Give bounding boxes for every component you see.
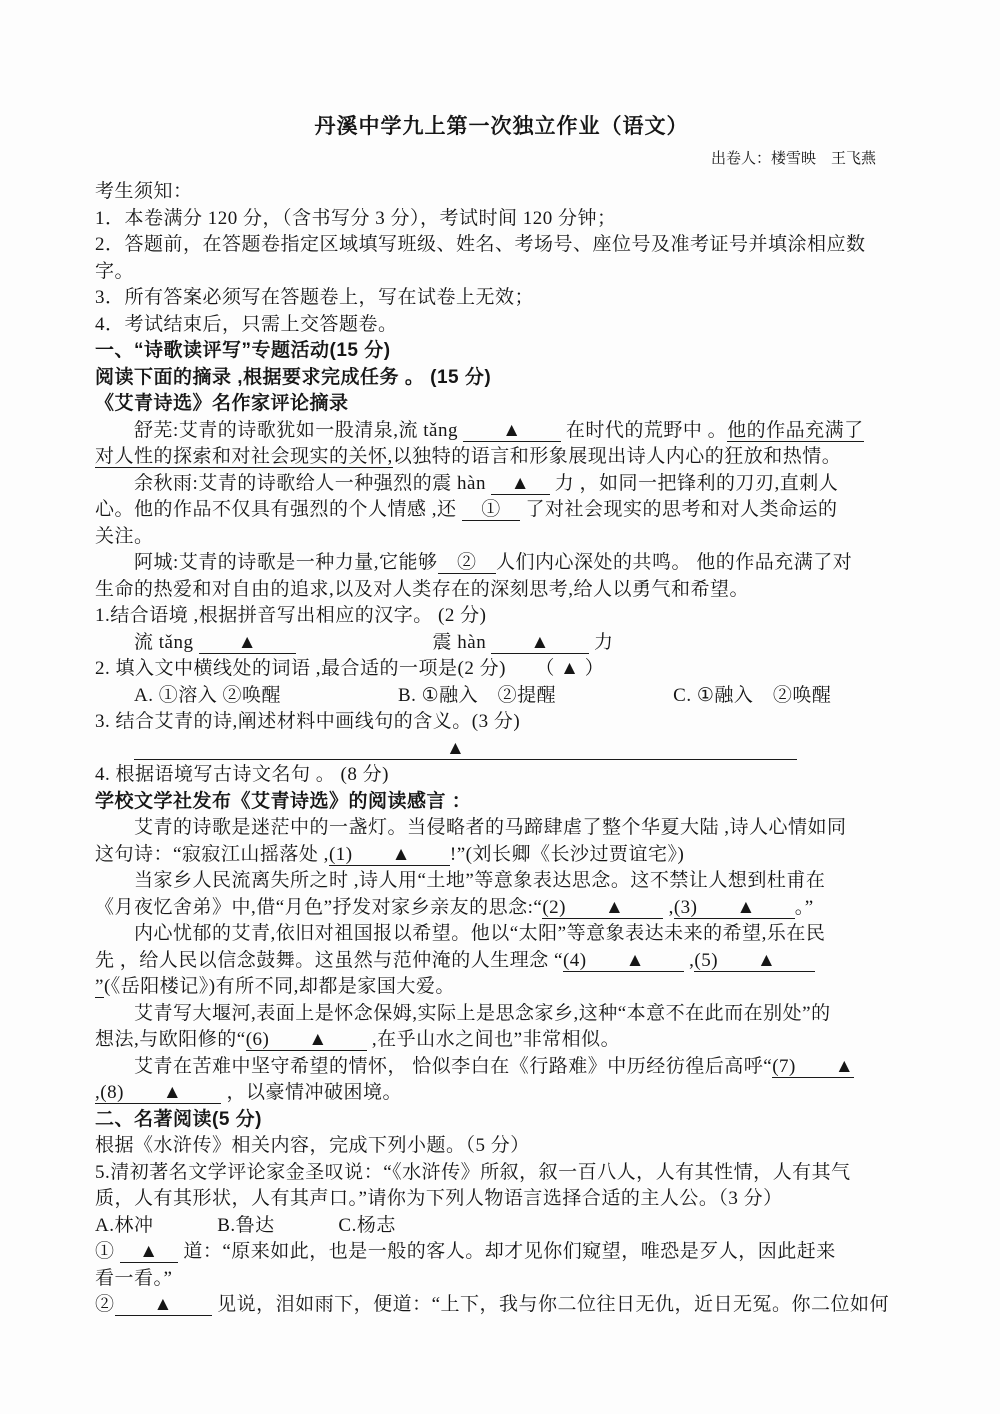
- blank-answer-mark: ,(8) ▲: [95, 1082, 221, 1104]
- text-segment: 1．本卷满分 120 分，（含书写分 3 分），考试时间 120 分钟；: [95, 208, 617, 229]
- text-segment: 余秋雨:艾青的诗歌给人一种强烈的震 hàn: [95, 473, 491, 494]
- text-segment: 4. 根据语境写古诗文名句 。 (8 分): [95, 764, 389, 785]
- text-segment: 2．答题前，在答题卷指定区域填写班级、姓名、考场号、座位号及准考证号并填涂相应数: [95, 234, 866, 255]
- blank-answer-mark: (3) ▲: [674, 897, 795, 919]
- text-segment: 阿城:艾青的诗歌是一种力量,它能够: [95, 552, 438, 573]
- blank-answer-mark: ▲: [134, 738, 797, 760]
- blank-answer-mark: ▲: [115, 1294, 212, 1316]
- text-segment: 3．所有答案必须写在答题卷上，写在试卷上无效；: [95, 287, 534, 308]
- text-segment: 学校文学社发布《艾青诗选》的阅读感言 ：: [95, 791, 471, 812]
- text-segment: 质，人有其形状，人有其声口。”请你为下列人物语言选择合适的主人公。（3 分）: [95, 1188, 783, 1209]
- note-para-5-1: 艾青在苦难中坚守希望的情怀， 恰似李白在《行路难》中历经彷徨后高呼“(7) ▲: [95, 1054, 908, 1081]
- text-segment: 力 ，如同一把锋利的刀刃,直刺人: [550, 473, 839, 494]
- text-segment: 。”: [795, 897, 814, 918]
- question-1-blanks: 流 tǎng ▲ 震 hàn ▲ 力: [95, 630, 908, 657]
- blank-answer-mark: (6) ▲: [246, 1029, 367, 1051]
- text-segment: 阅读下面的摘录 ,根据要求完成任务 。 (15 分): [95, 367, 491, 388]
- underlined-text: 对人性的探索和对社会现实的关怀,: [95, 446, 393, 468]
- text-segment: 流 tǎng: [95, 632, 199, 653]
- text-segment: 生命的热爱和对自由的追求,以及对人类存在的深刻思考,给人以勇气和希望。: [95, 579, 749, 600]
- notice-item-2-cont: 字。: [95, 259, 908, 286]
- text-segment: [95, 738, 134, 759]
- text-segment: 想法,与欧阳修的“: [95, 1029, 246, 1050]
- question-5-item1-1: ① ▲ 道：“原来如此，也是一般的客人。却才见你们窥望，唯恐是歹人，因此赶来: [95, 1239, 908, 1266]
- text-segment: 道：“原来如此，也是一般的客人。却才见你们窥望，唯恐是歹人，因此赶来: [178, 1241, 836, 1262]
- question-3-answer-line: ▲: [95, 736, 908, 763]
- text-segment: 人们内心深处的共鸣。 他的作品充满了对: [496, 552, 852, 573]
- excerpt-heading: 《艾青诗选》名作家评论摘录: [95, 391, 908, 418]
- blank-answer-mark: ▲: [199, 632, 296, 654]
- text-segment: A. ①溶入 ②唤醒 B. ①融入 ②提醒 C. ①融入 ②唤醒: [95, 685, 831, 706]
- text-segment: A.林冲 B.鲁达 C.杨志: [95, 1215, 396, 1236]
- text-segment: 二、名著阅读(5 分): [95, 1109, 262, 1130]
- text-segment: 以独特的语言和形象展现出诗人内心的狂放和热情。: [393, 446, 842, 467]
- blank-answer-mark: ▲: [491, 632, 588, 654]
- question-2: 2. 填入文中横线处的词语 ,最合适的一项是(2 分) （ ▲ ）: [95, 656, 908, 683]
- text-segment: 看一看。”: [95, 1268, 172, 1289]
- blank-answer-mark: ▲: [463, 420, 560, 442]
- page-title: 丹溪中学九上第一次独立作业（语文）: [95, 112, 908, 142]
- text-segment: 力: [589, 632, 614, 653]
- text-segment: 2. 填入文中横线处的词语 ,最合适的一项是(2 分) （ ▲ ）: [95, 658, 604, 679]
- text-segment: ,在乎山水之间也”非常相似。: [367, 1029, 620, 1050]
- underlined-text: ”: [95, 976, 104, 998]
- note-para-3-1: 内心忧郁的艾青,依旧对祖国报以希望。他以“太阳”等意象表达未来的希望,乐在民: [95, 921, 908, 948]
- blank-answer-mark: ▲: [491, 473, 549, 495]
- text-segment: 心。他的作品不仅具有强烈的个人情感 ,还: [95, 499, 462, 520]
- note-para-2-1: 当家乡人民流离失所之时 ,诗人用“土地”等意象表达思念。这不禁让人想到杜甫在: [95, 868, 908, 895]
- text-segment: 内心忧郁的艾青,依旧对祖国报以希望。他以“太阳”等意象表达未来的希望,乐在民: [95, 923, 825, 944]
- question-2-options: A. ①溶入 ②唤醒 B. ①融入 ②提醒 C. ①融入 ②唤醒: [95, 683, 908, 710]
- text-segment: 5.清初著名文学评论家金圣叹说：“《水浒传》所叙，叙一百八人，人有其性情，人有其…: [95, 1162, 851, 1183]
- document-body: 考生须知：1．本卷满分 120 分，（含书写分 3 分），考试时间 120 分钟…: [95, 179, 908, 1319]
- note-para-1-1: 艾青的诗歌是迷茫中的一盏灯。当侵略者的马蹄肆虐了整个华夏大陆 ,诗人心情如同: [95, 815, 908, 842]
- note-para-3-2: 先 ，给人民以信念鼓舞。这虽然与范仲淹的人生理念 “(4) ▲ ,(5) ▲: [95, 948, 908, 975]
- question-5-2: 质，人有其形状，人有其声口。”请你为下列人物语言选择合适的主人公。（3 分）: [95, 1186, 908, 1213]
- underlined-text: 他的作品充满了: [727, 420, 864, 442]
- text-segment: 舒芜:艾青的诗歌犹如一股清泉,流 tǎng: [95, 420, 463, 441]
- text-segment: ②: [95, 1294, 115, 1315]
- blank-answer-mark: (4) ▲: [563, 950, 684, 972]
- text-segment: 当家乡人民流离失所之时 ,诗人用“土地”等意象表达思念。这不禁让人想到杜甫在: [95, 870, 825, 891]
- notice-item-1: 1．本卷满分 120 分，（含书写分 3 分），考试时间 120 分钟；: [95, 206, 908, 233]
- text-segment: 艾青的诗歌是迷茫中的一盏灯。当侵略者的马蹄肆虐了整个华夏大陆 ,诗人心情如同: [95, 817, 847, 838]
- question-5-item1-2: 看一看。”: [95, 1266, 908, 1293]
- text-segment: 字。: [95, 261, 134, 282]
- note-para-5-2: ,(8) ▲ ，以豪情冲破困境。: [95, 1080, 908, 1107]
- note-para-3-3: ”(《岳阳楼记》)有所不同,却都是家国大爱。: [95, 974, 908, 1001]
- section-2-heading: 二、名著阅读(5 分): [95, 1107, 908, 1134]
- note-para-2-2: 《月夜忆舍弟》中,借“月色”抒发对家乡亲友的思念:“(2) ▲ ,(3) ▲ 。…: [95, 895, 908, 922]
- text-segment: 关注。: [95, 526, 154, 547]
- notice-item-4: 4．考试结束后，只需上交答题卷。: [95, 312, 908, 339]
- underlined-text: ②: [438, 552, 497, 574]
- text-segment: 考生须知：: [95, 181, 193, 202]
- note-para-4-1: 艾青写大堰河,表面上是怀念保姆,实际上是思念家乡,这种“本意不在此而在别处”的: [95, 1001, 908, 1028]
- text-segment: ，以豪情冲破困境。: [221, 1082, 402, 1103]
- excerpt-shuwu-2: 对人性的探索和对社会现实的关怀,以独特的语言和形象展现出诗人内心的狂放和热情。: [95, 444, 908, 471]
- question-1: 1.结合语境 ,根据拼音写出相应的汉字。 (2 分): [95, 603, 908, 630]
- exam-setter: 出卷人：楼雪映 王飞燕: [95, 148, 908, 170]
- text-segment: 震 hàn: [296, 632, 491, 653]
- excerpt-yuqiuyu-1: 余秋雨:艾青的诗歌给人一种强烈的震 hàn ▲ 力 ，如同一把锋利的刀刃,直刺人: [95, 471, 908, 498]
- blank-answer-mark: (5) ▲: [694, 950, 815, 972]
- text-segment: 见说，泪如雨下，便道：“上下，我与你二位往日无仇，近日无冤。你二位如何: [212, 1294, 889, 1315]
- excerpt-yuqiuyu-2: 心。他的作品不仅具有强烈的个人情感 ,还 ① 了对社会现实的思考和对人类命运的: [95, 497, 908, 524]
- reading-note-heading: 学校文学社发布《艾青诗选》的阅读感言 ：: [95, 789, 908, 816]
- text-segment: 根据《水浒传》相关内容，完成下列小题。（5 分）: [95, 1135, 530, 1156]
- section-1-heading: 一、“诗歌读评写”专题活动(15 分): [95, 338, 908, 365]
- text-segment: 一、“诗歌读评写”专题活动(15 分): [95, 340, 391, 361]
- text-segment: ,: [684, 950, 695, 971]
- blank-answer-mark: (7) ▲: [772, 1056, 854, 1078]
- section-1-task: 阅读下面的摘录 ,根据要求完成任务 。 (15 分): [95, 365, 908, 392]
- text-segment: 《月夜忆舍弟》中,借“月色”抒发对家乡亲友的思念:“: [95, 897, 542, 918]
- text-segment: 3. 结合艾青的诗,阐述材料中画线句的含义。(3 分): [95, 711, 520, 732]
- blank-answer-mark: (2) ▲: [542, 897, 663, 919]
- excerpt-yuqiuyu-3: 关注。: [95, 524, 908, 551]
- excerpt-shuwu-1: 舒芜:艾青的诗歌犹如一股清泉,流 tǎng ▲ 在时代的荒野中 。他的作品充满了: [95, 418, 908, 445]
- excerpt-acheng-2: 生命的热爱和对自由的追求,以及对人类存在的深刻思考,给人以勇气和希望。: [95, 577, 908, 604]
- text-segment: 了对社会现实的思考和对人类命运的: [520, 499, 837, 520]
- text-segment: 在时代的荒野中 。: [561, 420, 728, 441]
- text-segment: ,: [663, 897, 674, 918]
- underlined-text: ①: [462, 499, 521, 521]
- text-segment: ①: [95, 1241, 120, 1262]
- question-5-1: 5.清初著名文学评论家金圣叹说：“《水浒传》所叙，叙一百八人，人有其性情，人有其…: [95, 1160, 908, 1187]
- note-para-1-2: 这句诗：“寂寂江山摇落处 ,(1) ▲ !”(刘长卿《长沙过贾谊宅》): [95, 842, 908, 869]
- notice-item-2: 2．答题前，在答题卷指定区域填写班级、姓名、考场号、座位号及准考证号并填涂相应数: [95, 232, 908, 259]
- text-segment: (《岳阳楼记》)有所不同,却都是家国大爱。: [104, 976, 455, 997]
- text-segment: 先 ，给人民以信念鼓舞。这虽然与范仲淹的人生理念 “: [95, 950, 563, 971]
- excerpt-acheng-1: 阿城:艾青的诗歌是一种力量,它能够 ② 人们内心深处的共鸣。 他的作品充满了对: [95, 550, 908, 577]
- section-2-intro: 根据《水浒传》相关内容，完成下列小题。（5 分）: [95, 1133, 908, 1160]
- blank-answer-mark: ▲: [120, 1241, 178, 1263]
- text-segment: 4．考试结束后，只需上交答题卷。: [95, 314, 398, 335]
- note-para-4-2: 想法,与欧阳修的“(6) ▲ ,在乎山水之间也”非常相似。: [95, 1027, 908, 1054]
- question-5-item2: ② ▲ 见说，泪如雨下，便道：“上下，我与你二位往日无仇，近日无冤。你二位如何: [95, 1292, 908, 1319]
- blank-answer-mark: (1) ▲: [329, 844, 450, 866]
- exam-paper-page: 丹溪中学九上第一次独立作业（语文） 出卷人：楼雪映 王飞燕 考生须知：1．本卷满…: [0, 0, 1000, 1414]
- text-segment: 1.结合语境 ,根据拼音写出相应的汉字。 (2 分): [95, 605, 486, 626]
- notice-heading: 考生须知：: [95, 179, 908, 206]
- text-segment: !”(刘长卿《长沙过贾谊宅》): [450, 844, 684, 865]
- question-3: 3. 结合艾青的诗,阐述材料中画线句的含义。(3 分): [95, 709, 908, 736]
- text-segment: 艾青在苦难中坚守希望的情怀， 恰似李白在《行路难》中历经彷徨后高呼“: [95, 1056, 772, 1077]
- text-segment: 《艾青诗选》名作家评论摘录: [95, 393, 349, 414]
- text-segment: 这句诗：“寂寂江山摇落处 ,: [95, 844, 329, 865]
- notice-item-3: 3．所有答案必须写在答题卷上，写在试卷上无效；: [95, 285, 908, 312]
- text-segment: 艾青写大堰河,表面上是怀念保姆,实际上是思念家乡,这种“本意不在此而在别处”的: [95, 1003, 831, 1024]
- question-5-options: A.林冲 B.鲁达 C.杨志: [95, 1213, 908, 1240]
- question-4: 4. 根据语境写古诗文名句 。 (8 分): [95, 762, 908, 789]
